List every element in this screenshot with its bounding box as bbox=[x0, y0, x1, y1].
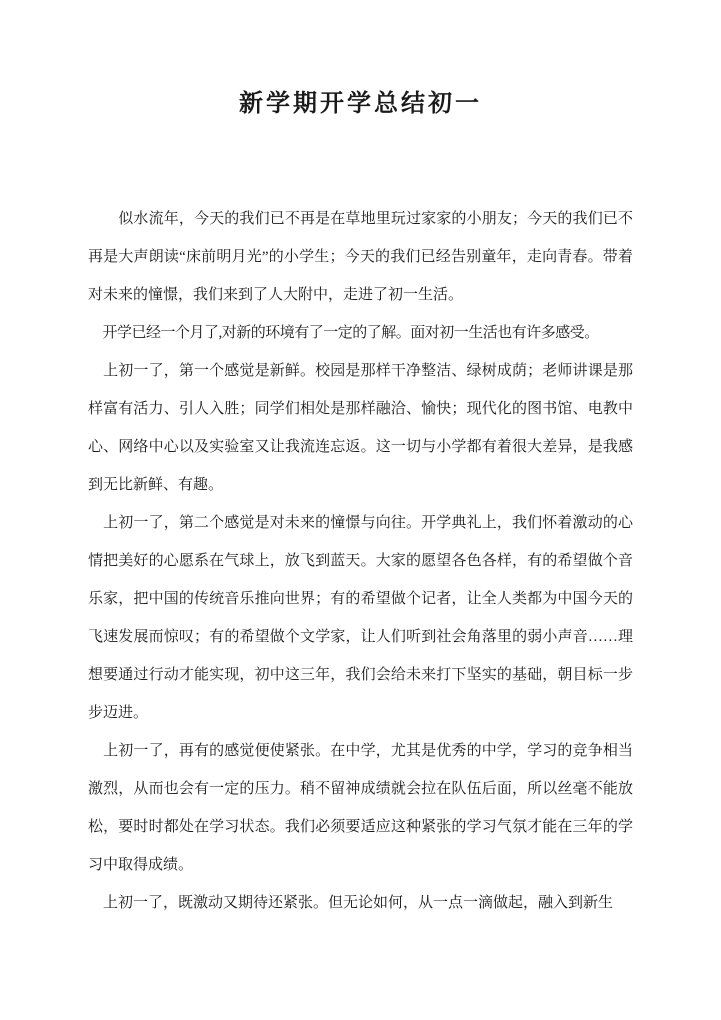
document-title: 新学期开学总结初一 bbox=[88, 90, 633, 118]
paragraph-feeling-tense: 上初一了，再有的感觉便使紧张。在中学，尤其是优秀的中学，学习的竞争相当激烈，从而… bbox=[88, 732, 633, 884]
paragraph-feeling-hope: 上初一了，第二个感觉是对未来的憧憬与向往。开学典礼上，我们怀着激动的心情把美好的… bbox=[88, 504, 633, 732]
paragraph-one-month: 开学已经一个月了,对新的环境有了一定的了解。面对初一生活也有许多感受。 bbox=[88, 314, 633, 352]
paragraph-intro: 似水流年，今天的我们已不再是在草地里玩过家家的小朋友；今天的我们已不再是大声朗读… bbox=[88, 200, 633, 314]
document-body: 似水流年，今天的我们已不再是在草地里玩过家家的小朋友；今天的我们已不再是大声朗读… bbox=[88, 200, 633, 922]
paragraph-feeling-fresh: 上初一了，第一个感觉是新鲜。校园是那样干净整洁、绿树成荫；老师讲课是那样富有活力… bbox=[88, 352, 633, 504]
document-page: 新学期开学总结初一 似水流年，今天的我们已不再是在草地里玩过家家的小朋友；今天的… bbox=[0, 0, 721, 1020]
paragraph-conclusion-cutoff: 上初一了，既激动又期待还紧张。但无论如何，从一点一滴做起，融入到新生 bbox=[88, 884, 633, 922]
